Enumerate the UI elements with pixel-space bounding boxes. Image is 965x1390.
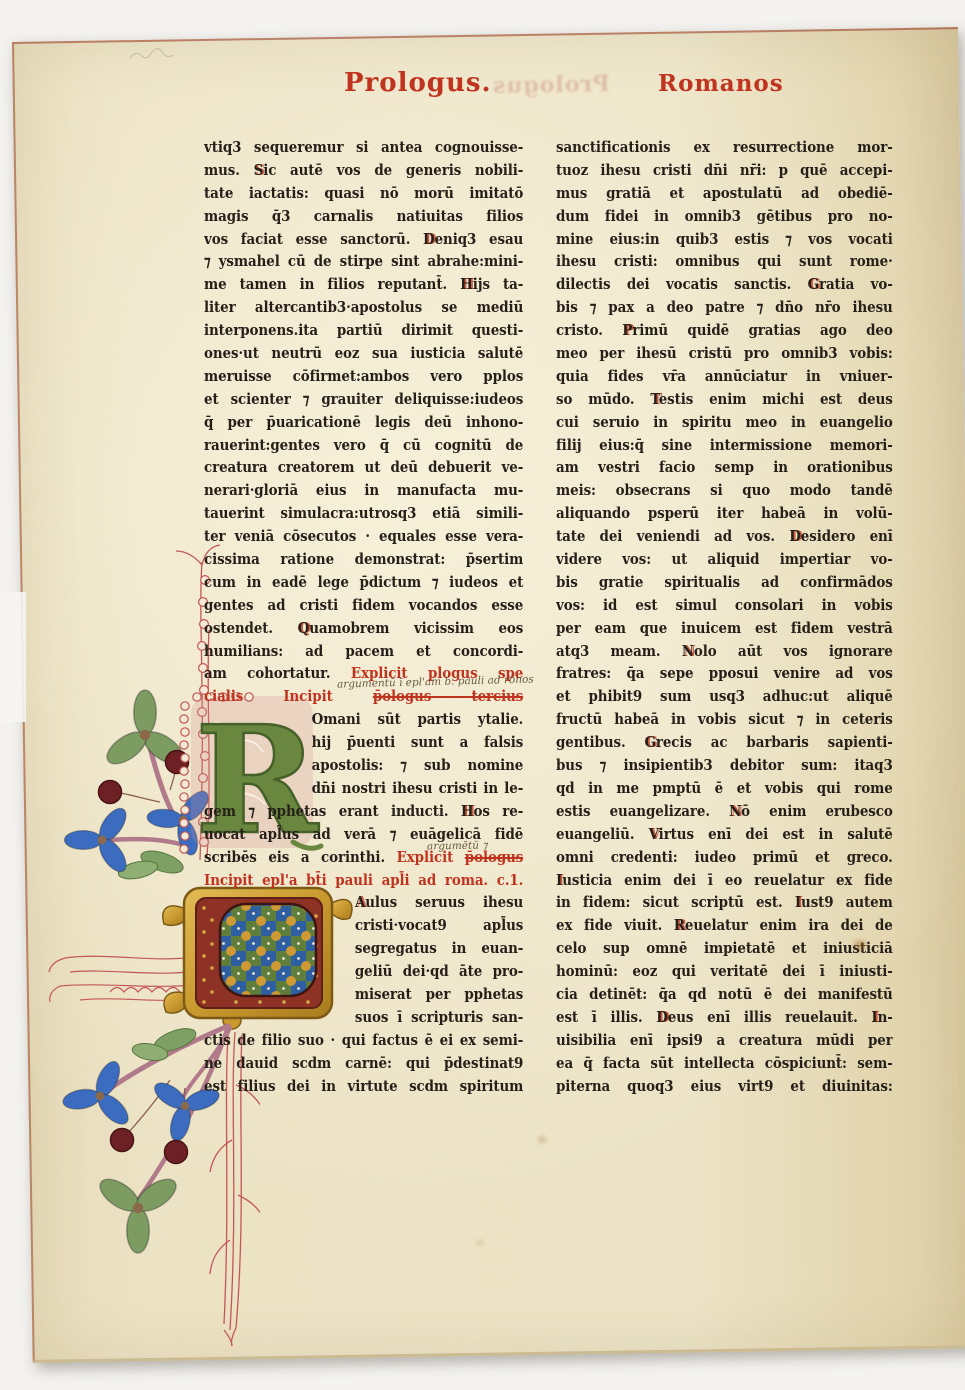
body-text: estis euangelizare. xyxy=(556,803,729,820)
body-text: esidero enī xyxy=(801,528,893,545)
rubricated-capital: N xyxy=(682,643,694,660)
text-line: dn̄i nostri ihesu cristi in le- xyxy=(312,778,524,801)
text-line: ones·ut neutrū eoz sua iusticia salutē xyxy=(204,343,523,366)
text-line: in fidem: sicut scriptū est. Iust9 autem xyxy=(556,892,893,915)
text-line: per eam que inuicem est fidem vestrā xyxy=(556,618,893,641)
text-line: ihesu cristi: omnibus qui sunt rome· xyxy=(556,251,893,274)
text-line: apostolis: ⁊ sub nomine xyxy=(312,755,524,778)
text-line: ctis de filio suo · qui factus ē ei ex s… xyxy=(204,1030,523,1053)
text-line: gentes ad cristi fidem vocandos esse xyxy=(204,595,523,618)
body-text: gentibus. xyxy=(556,734,644,751)
rubricated-capital: A xyxy=(355,894,365,911)
body-text: in fidem: sicut scriptū est. xyxy=(556,894,795,911)
rubricated-capital: R xyxy=(674,917,685,934)
text-line: magis q̄3 carnalis natiuitas filios xyxy=(204,206,523,229)
text-line: ⁊ ysmahel cū de stirpe sint abrahe:mini- xyxy=(204,251,523,274)
text-line: cissima ratione demonstrat: p̄sertim xyxy=(204,549,523,572)
text-line: cristi·vocat9 apl̄us xyxy=(355,915,523,938)
body-text: me tamen in filios reputant̄. xyxy=(204,276,460,293)
body-text: euangeliū. xyxy=(556,826,649,843)
text-line: cui seruio in spiritu meo in euangelio xyxy=(556,412,893,435)
rubricated-capital: D xyxy=(789,528,801,545)
rubricated-capital: T xyxy=(650,391,658,408)
text-line: tate dei veniendi ad vos. Desidero enī xyxy=(556,526,893,549)
text-line: aliquando psperū iter habeā in volū- xyxy=(556,503,893,526)
text-line: ostendet. Quamobrem vicissim eos xyxy=(204,618,523,641)
rubric-text: cialis Incipit xyxy=(204,688,373,705)
body-text: ic autē vos de generis nobili- xyxy=(263,162,523,179)
text-line: mine eius:in quib3 estis ⁊ vos vocati xyxy=(556,229,893,252)
body-text: eus enī illis reuelauit. xyxy=(668,1009,872,1026)
rubric-text: p̄ologus tercius xyxy=(373,688,523,705)
text-line: vtiq3 sequeremur si antea cognouisse- xyxy=(204,137,523,160)
body-text: ijs ta- xyxy=(473,276,524,293)
text-line: est ī illis. Deus enī illis reuelauit. I… xyxy=(556,1007,893,1030)
text-line: segregatus in euan- xyxy=(355,938,523,961)
rubricated-capital: G xyxy=(808,276,819,293)
text-line: Aulus seruus ihesu xyxy=(355,892,523,915)
body-text: eniq3 esau xyxy=(435,231,524,248)
text-line: celo sup omnē impietatē et iniusticiā xyxy=(556,938,893,961)
text-column-right: sanctificationis ex resurrectione mor-tu… xyxy=(556,137,893,1098)
text-line: ea q̄ facta sūt intellecta cōspiciunt̄: … xyxy=(556,1053,893,1076)
text-line: mus gratiā et apostulatū ad obediē- xyxy=(556,183,893,206)
text-line: ne dauid scdm carnē: qui p̄destinat9 xyxy=(204,1053,523,1076)
text-line: euangeliū. Virtus enī dei est in salutē xyxy=(556,824,893,847)
rubricated-capital: H xyxy=(461,803,474,820)
body-text: ust9 autem xyxy=(801,894,893,911)
text-line: suos ī scripturis san- xyxy=(355,1007,523,1030)
text-line: fratres: q̄a sepe pposui venire ad vos xyxy=(556,663,893,686)
text-line: humilians: ad pacem et concordi- xyxy=(204,641,523,664)
backing-paper-patch xyxy=(0,592,26,722)
body-text: vos faciat esse sanctorū. xyxy=(204,231,423,248)
text-line: omni credenti: iudeo primū et greco. xyxy=(556,847,893,870)
text-line: so mūdo. Testis enim michi est deus xyxy=(556,389,893,412)
text-line: et phibit9 sum usq3 adhuc:ut aliquē xyxy=(556,686,893,709)
pencil-inscription xyxy=(126,44,176,66)
text-line: ex fide viuit. Reuelatur enim ira dei de xyxy=(556,915,893,938)
text-line: geliū dei·qd āte pro- xyxy=(355,961,523,984)
text-line: meis: obsecrans si quo modo tandē xyxy=(556,480,893,503)
text-line: liter altercantib3·apostolus se mediū xyxy=(204,297,523,320)
text-line: cum in eadē lege p̄dictum ⁊ iudeos et xyxy=(204,572,523,595)
text-line: am vestri facio semp in orationibus xyxy=(556,457,893,480)
text-line: Incipit epl'a bt̄i pauli apl̄i ad roma. … xyxy=(204,870,523,893)
text-line: tuoz ihesu cristi dn̄i nr̄i: p quē accep… xyxy=(556,160,893,183)
body-text: gem ⁊ pphetas erant inducti. xyxy=(204,803,461,820)
text-line: vos: id est simul consolari in vobis xyxy=(556,595,893,618)
text-line: gem ⁊ pphetas erant inducti. Hos re- xyxy=(204,801,523,824)
body-text: estis enim michi est deus xyxy=(659,391,893,408)
manuscript-scan: Prologus. Romanos Prologus xyxy=(0,0,965,1390)
text-line: vos faciat esse sanctorū. Deniq3 esau xyxy=(204,229,523,252)
body-text: scribēs eis a corinthi. xyxy=(204,849,397,866)
body-text: ō enim erubesco xyxy=(741,803,893,820)
interlinear-note: argumētū ⁊ xyxy=(427,839,488,852)
rubricated-capital: G xyxy=(644,734,655,751)
text-line: Omani sūt partis ytalie. xyxy=(312,709,524,732)
body-text: usticia enim dei ī eo reuelatur ex fide xyxy=(562,872,893,889)
text-line: ter veniā cōsecutos · equales esse vera- xyxy=(204,526,523,549)
body-text: recis ac barbaris sapienti- xyxy=(656,734,893,751)
body-text: tate dei veniendi ad vos. xyxy=(556,528,789,545)
text-line: cristo. Primū quidē gratias ago deo xyxy=(556,320,893,343)
rubricated-capital: P xyxy=(622,322,632,339)
text-line: estis euangelizare. Nō enim erubesco xyxy=(556,801,893,824)
text-line: mus. Sic autē vos de generis nobili- xyxy=(204,160,523,183)
text-line: et scienter ⁊ grauiter deliquisse:iudeos xyxy=(204,389,523,412)
text-line: gentibus. Grecis ac barbaris sapienti- xyxy=(556,732,893,755)
foxing-spot xyxy=(538,1136,546,1143)
body-text: irtus enī dei est in salutē xyxy=(659,826,893,843)
body-text: so mūdo. xyxy=(556,391,650,408)
text-line: qd in me pmptū ē et vobis qui rome xyxy=(556,778,893,801)
body-text: est ī illis. xyxy=(556,1009,656,1026)
text-line: rauerint:gentes vero q̄ cū cognitū de xyxy=(204,435,523,458)
text-line: fructū habeā in vobis sicut ⁊ in ceteris xyxy=(556,709,893,732)
text-line: bis ⁊ pax a deo patre ⁊ dn̄o nr̄o ihesu xyxy=(556,297,893,320)
rubricated-capital: N xyxy=(729,803,741,820)
foxing-spot xyxy=(477,1240,483,1246)
rubricated-capital: D xyxy=(423,231,435,248)
text-line: bis gratie spiritualis ad confirmādos xyxy=(556,572,893,595)
showthrough-verso-header: Prologus xyxy=(492,71,610,99)
running-head-romanos: Romanos xyxy=(658,70,784,97)
text-line: meruisse cōfirmet:ambos vero pplos xyxy=(204,366,523,389)
body-text: os re- xyxy=(474,803,524,820)
text-column-left: vtiq3 sequeremur si antea cognouisse-mus… xyxy=(204,137,523,1098)
text-line: Iusticia enim dei ī eo reuelatur ex fide xyxy=(556,870,893,893)
body-text: am cohortatur. xyxy=(204,665,351,682)
body-text: ratia vo- xyxy=(819,276,893,293)
text-line: sanctificationis ex resurrectione mor- xyxy=(556,137,893,160)
running-head-prologus: Prologus. xyxy=(344,68,492,98)
text-line: tauerint simulacra:utrosq3 etiā simili- xyxy=(204,503,523,526)
text-line: dum fidei in omnib3 gētibus pro no- xyxy=(556,206,893,229)
rubricated-capital: S xyxy=(254,162,264,179)
body-text: uamobrem vicissim eos xyxy=(309,620,523,637)
body-text: ulus seruus ihesu xyxy=(365,894,523,911)
text-line: piterna quoq3 eius virt9 et diuinitas: xyxy=(556,1076,893,1099)
text-line: dilectis dei vocatis sanctis. Gratia vo- xyxy=(556,274,893,297)
text-line: tate iactatis: quasi nō morū imitatō xyxy=(204,183,523,206)
text-line: uisibilia enī ipsi9 a creatura mūdi per xyxy=(556,1030,893,1053)
text-line: bus ⁊ insipientib3 debitor sum: itaq3 xyxy=(556,755,893,778)
text-line: me tamen in filios reputant̄. Hijs ta- xyxy=(204,274,523,297)
text-line: interponens.ita partiū dirimit questi- xyxy=(204,320,523,343)
text-line: atq3 meam. Nolo aūt vos ignorare xyxy=(556,641,893,664)
text-line: nerari·gloriā eius in manufacta mu- xyxy=(204,480,523,503)
rubric-text: Incipit epl'a bt̄i pauli apl̄i ad roma. … xyxy=(204,872,523,889)
rubricated-capital: D xyxy=(656,1009,668,1026)
text-line: creatura creatorem ut deū debuerit ve- xyxy=(204,457,523,480)
body-text: olo aūt vos ignorare xyxy=(694,643,893,660)
body-text: n- xyxy=(878,1009,893,1026)
text-line: meo per ihesū cristū pro omnib3 vobis: xyxy=(556,343,893,366)
text-line: hominū: eoz qui veritatē dei ī iniusti- xyxy=(556,961,893,984)
text-line: videre vos: ut aliquid impertiar vo- xyxy=(556,549,893,572)
text-line: hij p̄uenti sunt a falsis xyxy=(312,732,524,755)
body-text: rimū quidē gratias ago deo xyxy=(632,322,892,339)
rubricated-capital: V xyxy=(649,826,659,843)
text-line: miserat per pphetas xyxy=(355,984,523,1007)
body-text: mus. xyxy=(204,162,254,179)
rubricated-capital: Q xyxy=(298,620,310,637)
text-line: q̄ per p̄uaricationē legis deū inhono- xyxy=(204,412,523,435)
rubricated-capital: H xyxy=(460,276,473,293)
body-text: cristo. xyxy=(556,322,622,339)
foxing-spot xyxy=(854,940,866,950)
body-text: ostendet. xyxy=(204,620,298,637)
text-line: est filius dei in virtute scdm spiritum xyxy=(204,1076,523,1099)
body-text: euelatur enim ira dei de xyxy=(685,917,893,934)
text-line: cia detinēt: q̄a qd notū ē dei manifestū xyxy=(556,984,893,1007)
body-text: atq3 meam. xyxy=(556,643,682,660)
body-text: ex fide viuit. xyxy=(556,917,674,934)
text-line: quia fides vr̄a annūciatur in vniuer- xyxy=(556,366,893,389)
text-line: filij eius:q̄ sine intermissione memori- xyxy=(556,435,893,458)
body-text: dilectis dei vocatis sanctis. xyxy=(556,276,808,293)
